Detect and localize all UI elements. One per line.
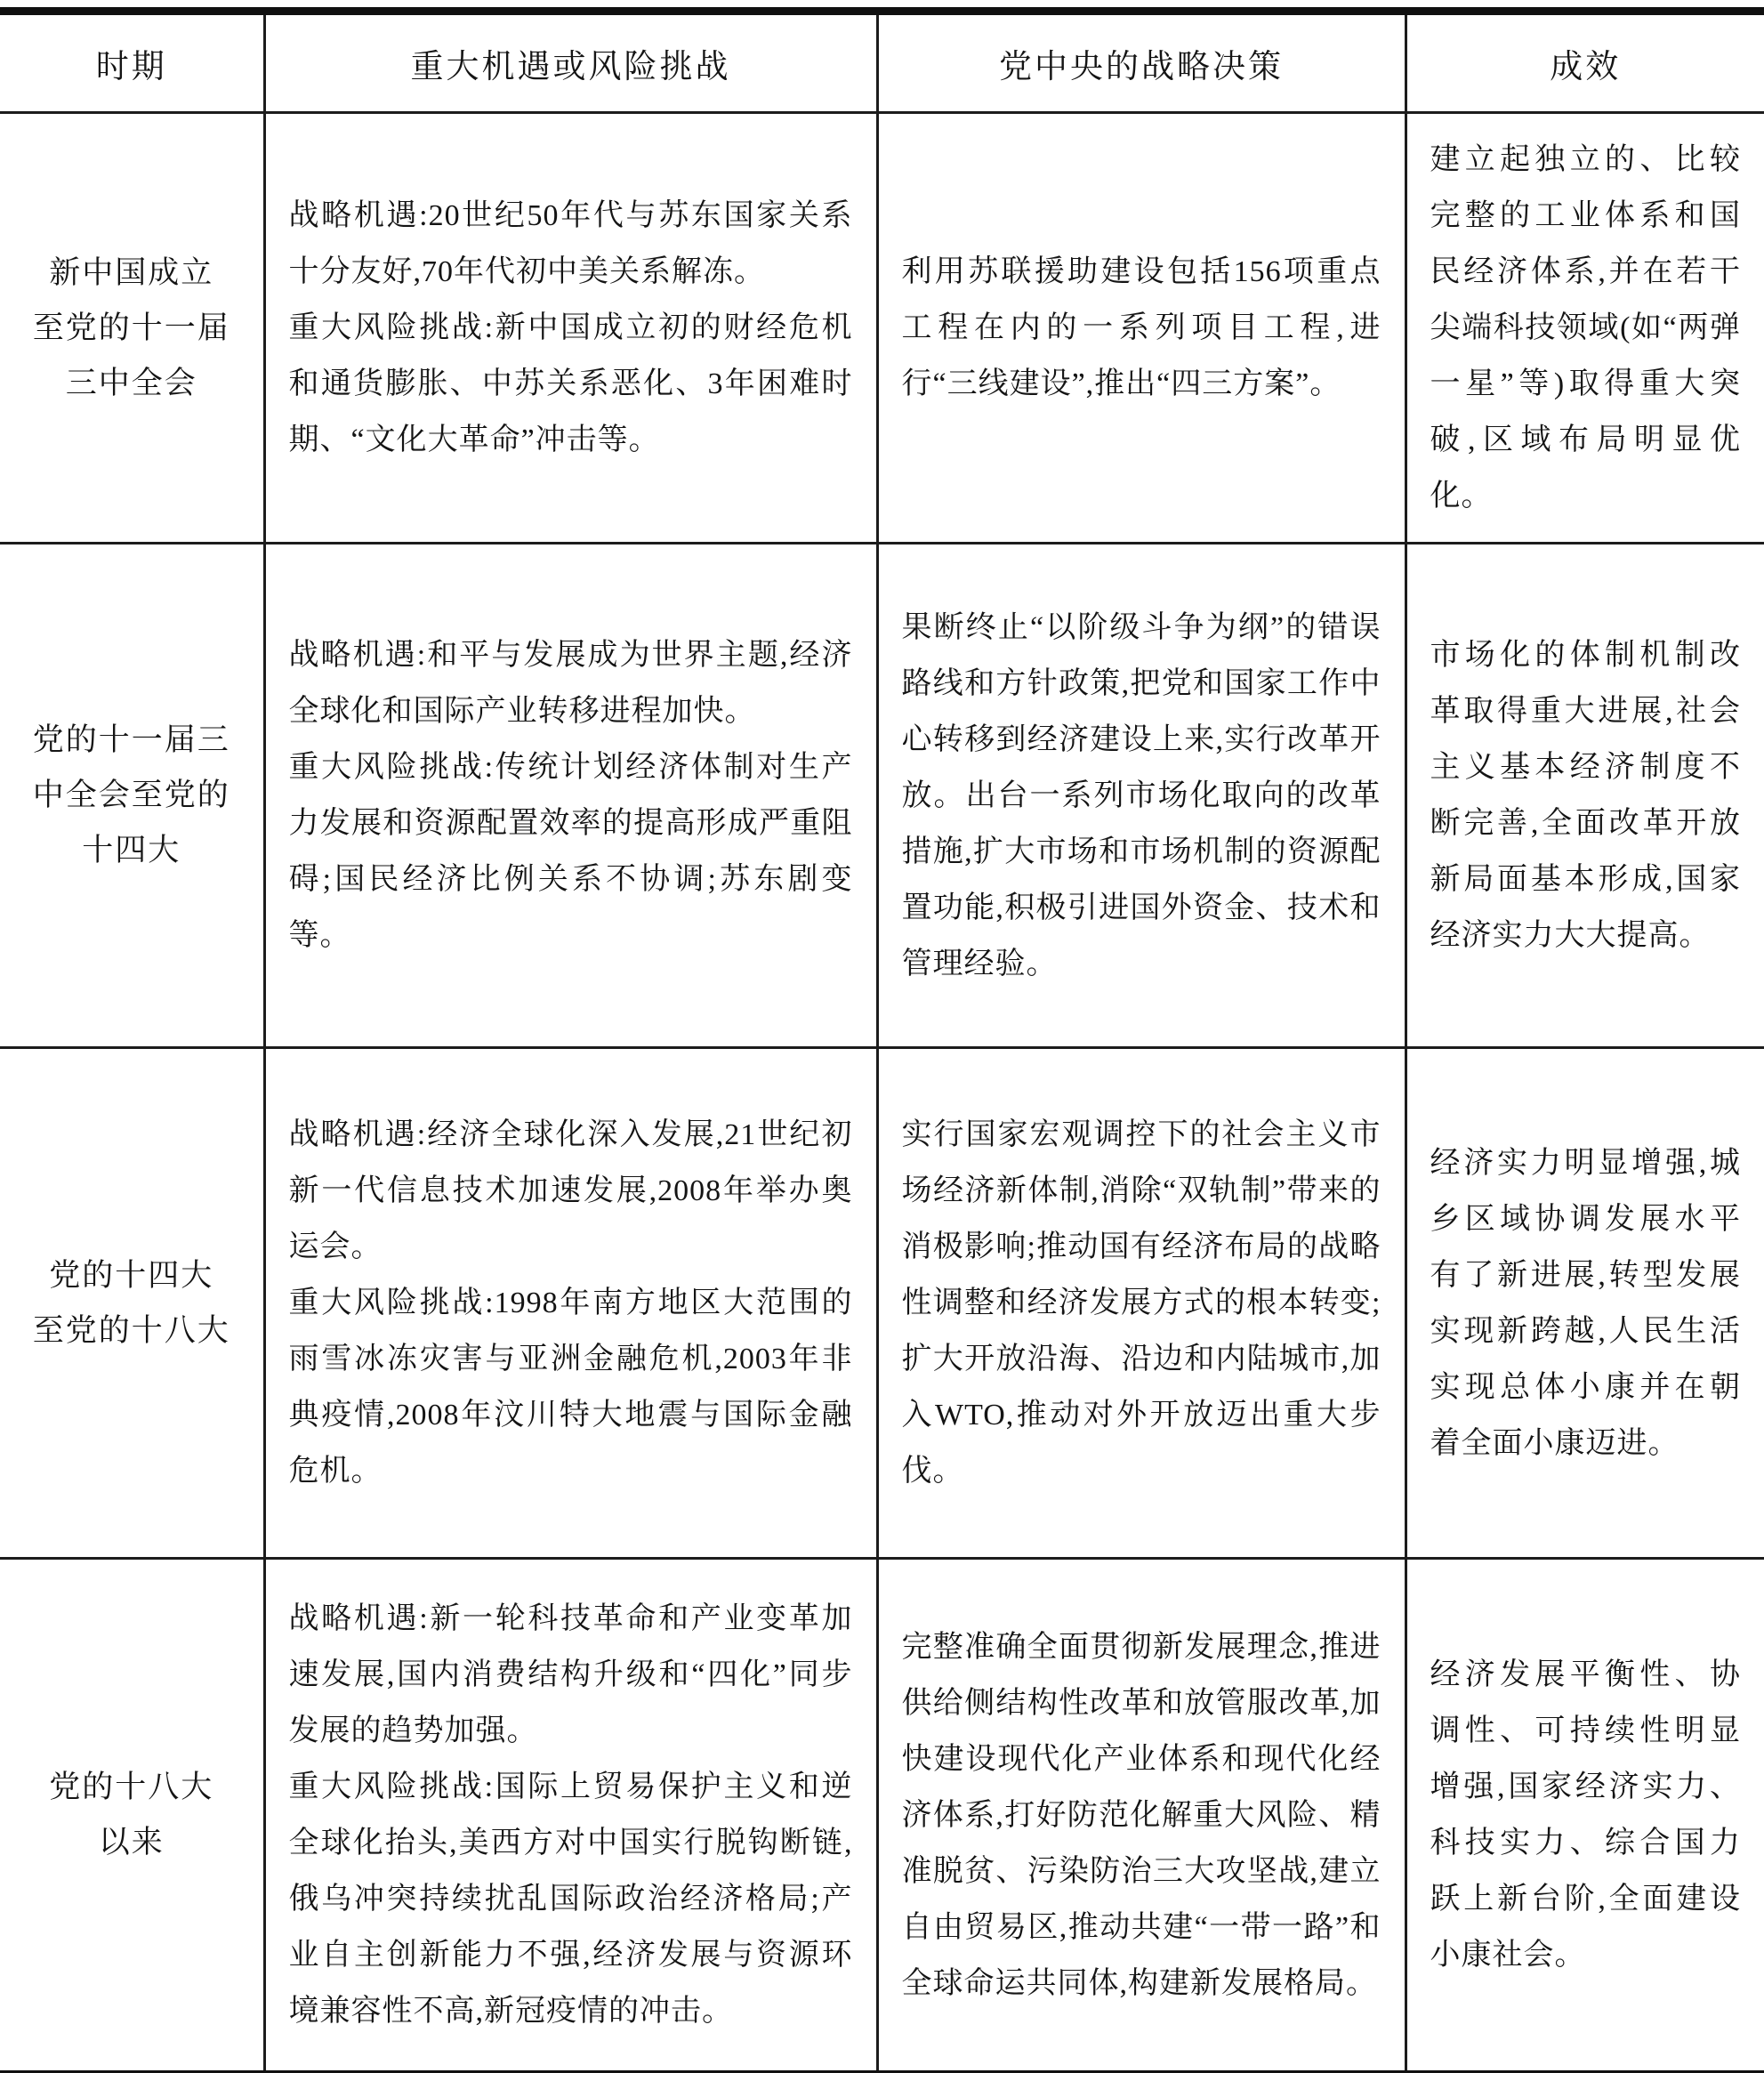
results-cell: 经济发展平衡性、协调性、可持续性明显增强,国家经济实力、科技实力、综合国力跃上新… bbox=[1406, 1559, 1764, 2073]
risk-paragraph: 重大风险挑战:1998年南方地区大范围的雨雪冰冻灾害与亚洲金融危机,2003年非… bbox=[289, 1275, 853, 1499]
results-cell: 经济实力明显增强,城乡区域协调发展水平有了新进展,转型发展实现新跨越,人民生活实… bbox=[1406, 1048, 1764, 1559]
decisions-cell: 果断终止“以阶级斗争为纲”的错误路线和方针政策,把党和国家工作中心转移到经济建设… bbox=[877, 544, 1406, 1048]
opportunity-paragraph: 战略机遇:20世纪50年代与苏东国家关系十分友好,70年代初中美关系解冻。 bbox=[289, 188, 853, 300]
decision-paragraph: 完整准确全面贯彻新发展理念,推进供给侧结构性改革和放管服改革,加快建设现代化产业… bbox=[902, 1619, 1381, 2012]
result-paragraph: 经济实力明显增强,城乡区域协调发展水平有了新进展,转型发展实现新跨越,人民生活实… bbox=[1430, 1135, 1742, 1472]
strategy-history-table: 时期 重大机遇或风险挑战 党中央的战略决策 成效 新中国成立 至党的十一届 三中… bbox=[0, 7, 1764, 2073]
decisions-cell: 利用苏联援助建设包括156项重点工程在内的一系列项目工程,进行“三线建设”,推出… bbox=[877, 113, 1406, 544]
risk-paragraph: 重大风险挑战:国际上贸易保护主义和逆全球化抬头,美西方对中国实行脱钩断链,俄乌冲… bbox=[289, 1759, 853, 2039]
table-row: 新中国成立 至党的十一届 三中全会 战略机遇:20世纪50年代与苏东国家关系十分… bbox=[0, 113, 1764, 544]
opportunities-cell: 战略机遇:和平与发展成为世界主题,经济全球化和国际产业转移进程加快。 重大风险挑… bbox=[264, 544, 877, 1048]
result-paragraph: 经济发展平衡性、协调性、可持续性明显增强,国家经济实力、科技实力、综合国力跃上新… bbox=[1430, 1647, 1742, 1983]
opportunities-cell: 战略机遇:经济全球化深入发展,21世纪初新一代信息技术加速发展,2008年举办奥… bbox=[264, 1048, 877, 1559]
scanned-table-page: 时期 重大机遇或风险挑战 党中央的战略决策 成效 新中国成立 至党的十一届 三中… bbox=[0, 0, 1764, 2073]
column-header-results: 成效 bbox=[1406, 12, 1764, 113]
table-header-row: 时期 重大机遇或风险挑战 党中央的战略决策 成效 bbox=[0, 12, 1764, 113]
decision-paragraph: 果断终止“以阶级斗争为纲”的错误路线和方针政策,把党和国家工作中心转移到经济建设… bbox=[902, 600, 1381, 992]
opportunities-cell: 战略机遇:新一轮科技革命和产业变革加速发展,国内消费结构升级和“四化”同步发展的… bbox=[264, 1559, 877, 2073]
opportunity-paragraph: 战略机遇:和平与发展成为世界主题,经济全球化和国际产业转移进程加快。 bbox=[289, 627, 853, 739]
column-header-period: 时期 bbox=[0, 12, 264, 113]
period-cell: 党的十四大 至党的十八大 bbox=[0, 1048, 264, 1559]
decision-paragraph: 利用苏联援助建设包括156项重点工程在内的一系列项目工程,进行“三线建设”,推出… bbox=[902, 244, 1381, 412]
period-cell: 新中国成立 至党的十一届 三中全会 bbox=[0, 113, 264, 544]
column-header-opportunities: 重大机遇或风险挑战 bbox=[264, 12, 877, 113]
results-cell: 建立起独立的、比较完整的工业体系和国民经济体系,并在若干尖端科技领域(如“两弹一… bbox=[1406, 113, 1764, 544]
table-row: 党的十八大 以来 战略机遇:新一轮科技革命和产业变革加速发展,国内消费结构升级和… bbox=[0, 1559, 1764, 2073]
decision-paragraph: 实行国家宏观调控下的社会主义市场经济新体制,消除“双轨制”带来的消极影响;推动国… bbox=[902, 1107, 1381, 1499]
risk-paragraph: 重大风险挑战:新中国成立初的财经危机和通货膨胀、中苏关系恶化、3年困难时期、“文… bbox=[289, 300, 853, 468]
results-cell: 市场化的体制机制改革取得重大进展,社会主义基本经济制度不断完善,全面改革开放新局… bbox=[1406, 544, 1764, 1048]
opportunity-paragraph: 战略机遇:新一轮科技革命和产业变革加速发展,国内消费结构升级和“四化”同步发展的… bbox=[289, 1591, 853, 1759]
period-cell: 党的十一届三 中全会至党的 十四大 bbox=[0, 544, 264, 1048]
period-cell: 党的十八大 以来 bbox=[0, 1559, 264, 2073]
decisions-cell: 完整准确全面贯彻新发展理念,推进供给侧结构性改革和放管服改革,加快建设现代化产业… bbox=[877, 1559, 1406, 2073]
result-paragraph: 建立起独立的、比较完整的工业体系和国民经济体系,并在若干尖端科技领域(如“两弹一… bbox=[1430, 132, 1742, 524]
column-header-decisions: 党中央的战略决策 bbox=[877, 12, 1406, 113]
decisions-cell: 实行国家宏观调控下的社会主义市场经济新体制,消除“双轨制”带来的消极影响;推动国… bbox=[877, 1048, 1406, 1559]
result-paragraph: 市场化的体制机制改革取得重大进展,社会主义基本经济制度不断完善,全面改革开放新局… bbox=[1430, 627, 1742, 964]
opportunities-cell: 战略机遇:20世纪50年代与苏东国家关系十分友好,70年代初中美关系解冻。 重大… bbox=[264, 113, 877, 544]
opportunity-paragraph: 战略机遇:经济全球化深入发展,21世纪初新一代信息技术加速发展,2008年举办奥… bbox=[289, 1107, 853, 1275]
table-row: 党的十一届三 中全会至党的 十四大 战略机遇:和平与发展成为世界主题,经济全球化… bbox=[0, 544, 1764, 1048]
table-row: 党的十四大 至党的十八大 战略机遇:经济全球化深入发展,21世纪初新一代信息技术… bbox=[0, 1048, 1764, 1559]
risk-paragraph: 重大风险挑战:传统计划经济体制对生产力发展和资源配置效率的提高形成严重阻碍;国民… bbox=[289, 739, 853, 964]
